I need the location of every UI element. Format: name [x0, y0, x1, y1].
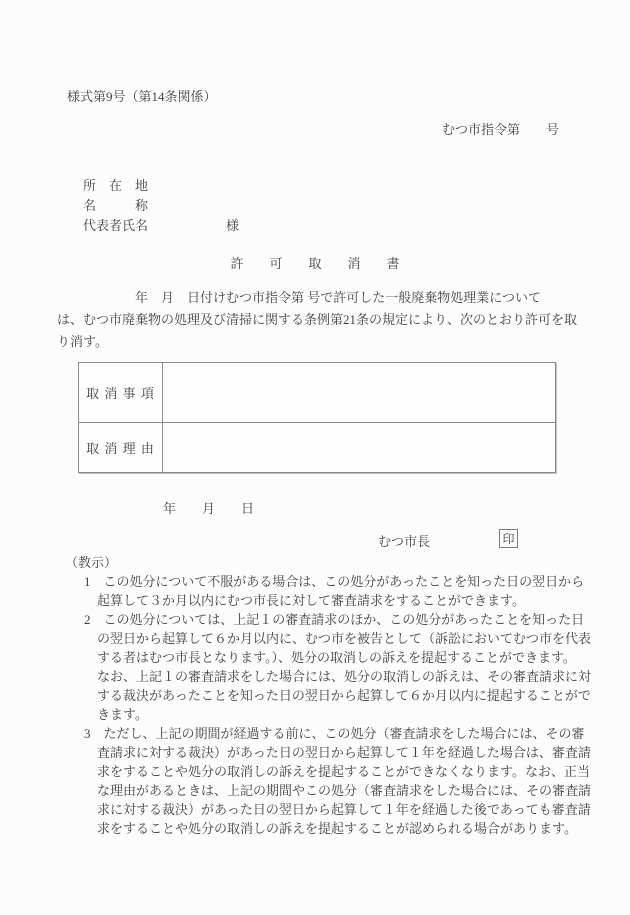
- mayor-signature: むつ市長: [378, 531, 430, 550]
- addressee-representative-line: 代表者氏名 様: [83, 216, 239, 236]
- document-title: 許 可 取 消 書: [0, 253, 630, 272]
- notice-section: （教示） 1 この処分について不服がある場合は、この処分があったことを知った日の…: [0, 553, 630, 838]
- table-row-cancel-reason: 取 消 理 由: [79, 423, 555, 472]
- body-paragraph: 年 月 日付けむつ市指令第 号で許可した一般廃棄物処理業について は、むつ市廃棄…: [57, 287, 619, 353]
- issue-date-line: 年 月 日: [163, 498, 254, 517]
- addressee-name-label: 名 称: [83, 196, 239, 216]
- cancel-reason-label: 取 消 理 由: [79, 423, 163, 472]
- form-number: 様式第9号（第14条関係）: [67, 86, 217, 105]
- seal-mark: 印: [499, 529, 518, 548]
- directive-number-line: むつ市指令第 号: [442, 119, 559, 138]
- addressee-block: 所 在 地 名 称 代表者氏名 様: [83, 176, 239, 236]
- addressee-location-label: 所 在 地: [83, 176, 239, 196]
- notice-item-1: 1 この処分について不服がある場合は、この処分があったことを知った日の翌日から …: [0, 572, 630, 610]
- table-row-cancel-items: 取 消 事 項: [79, 363, 555, 423]
- cancel-reason-value-cell: [163, 423, 555, 472]
- notice-item-3: 3 ただし、上記の期間が経過する前に、この処分（審査請求をした場合には、その審 …: [0, 724, 630, 838]
- document-page: 様式第9号（第14条関係） むつ市指令第 号 所 在 地 名 称 代表者氏名 様…: [0, 0, 630, 915]
- notice-heading: （教示）: [0, 553, 630, 572]
- cancel-items-value-cell: [163, 363, 555, 422]
- cancellation-table: 取 消 事 項 取 消 理 由: [78, 362, 556, 473]
- cancel-items-label: 取 消 事 項: [79, 363, 163, 422]
- notice-item-2: 2 この処分については、上記１の審査請求のほか、この処分があったことを知った日 …: [0, 610, 630, 724]
